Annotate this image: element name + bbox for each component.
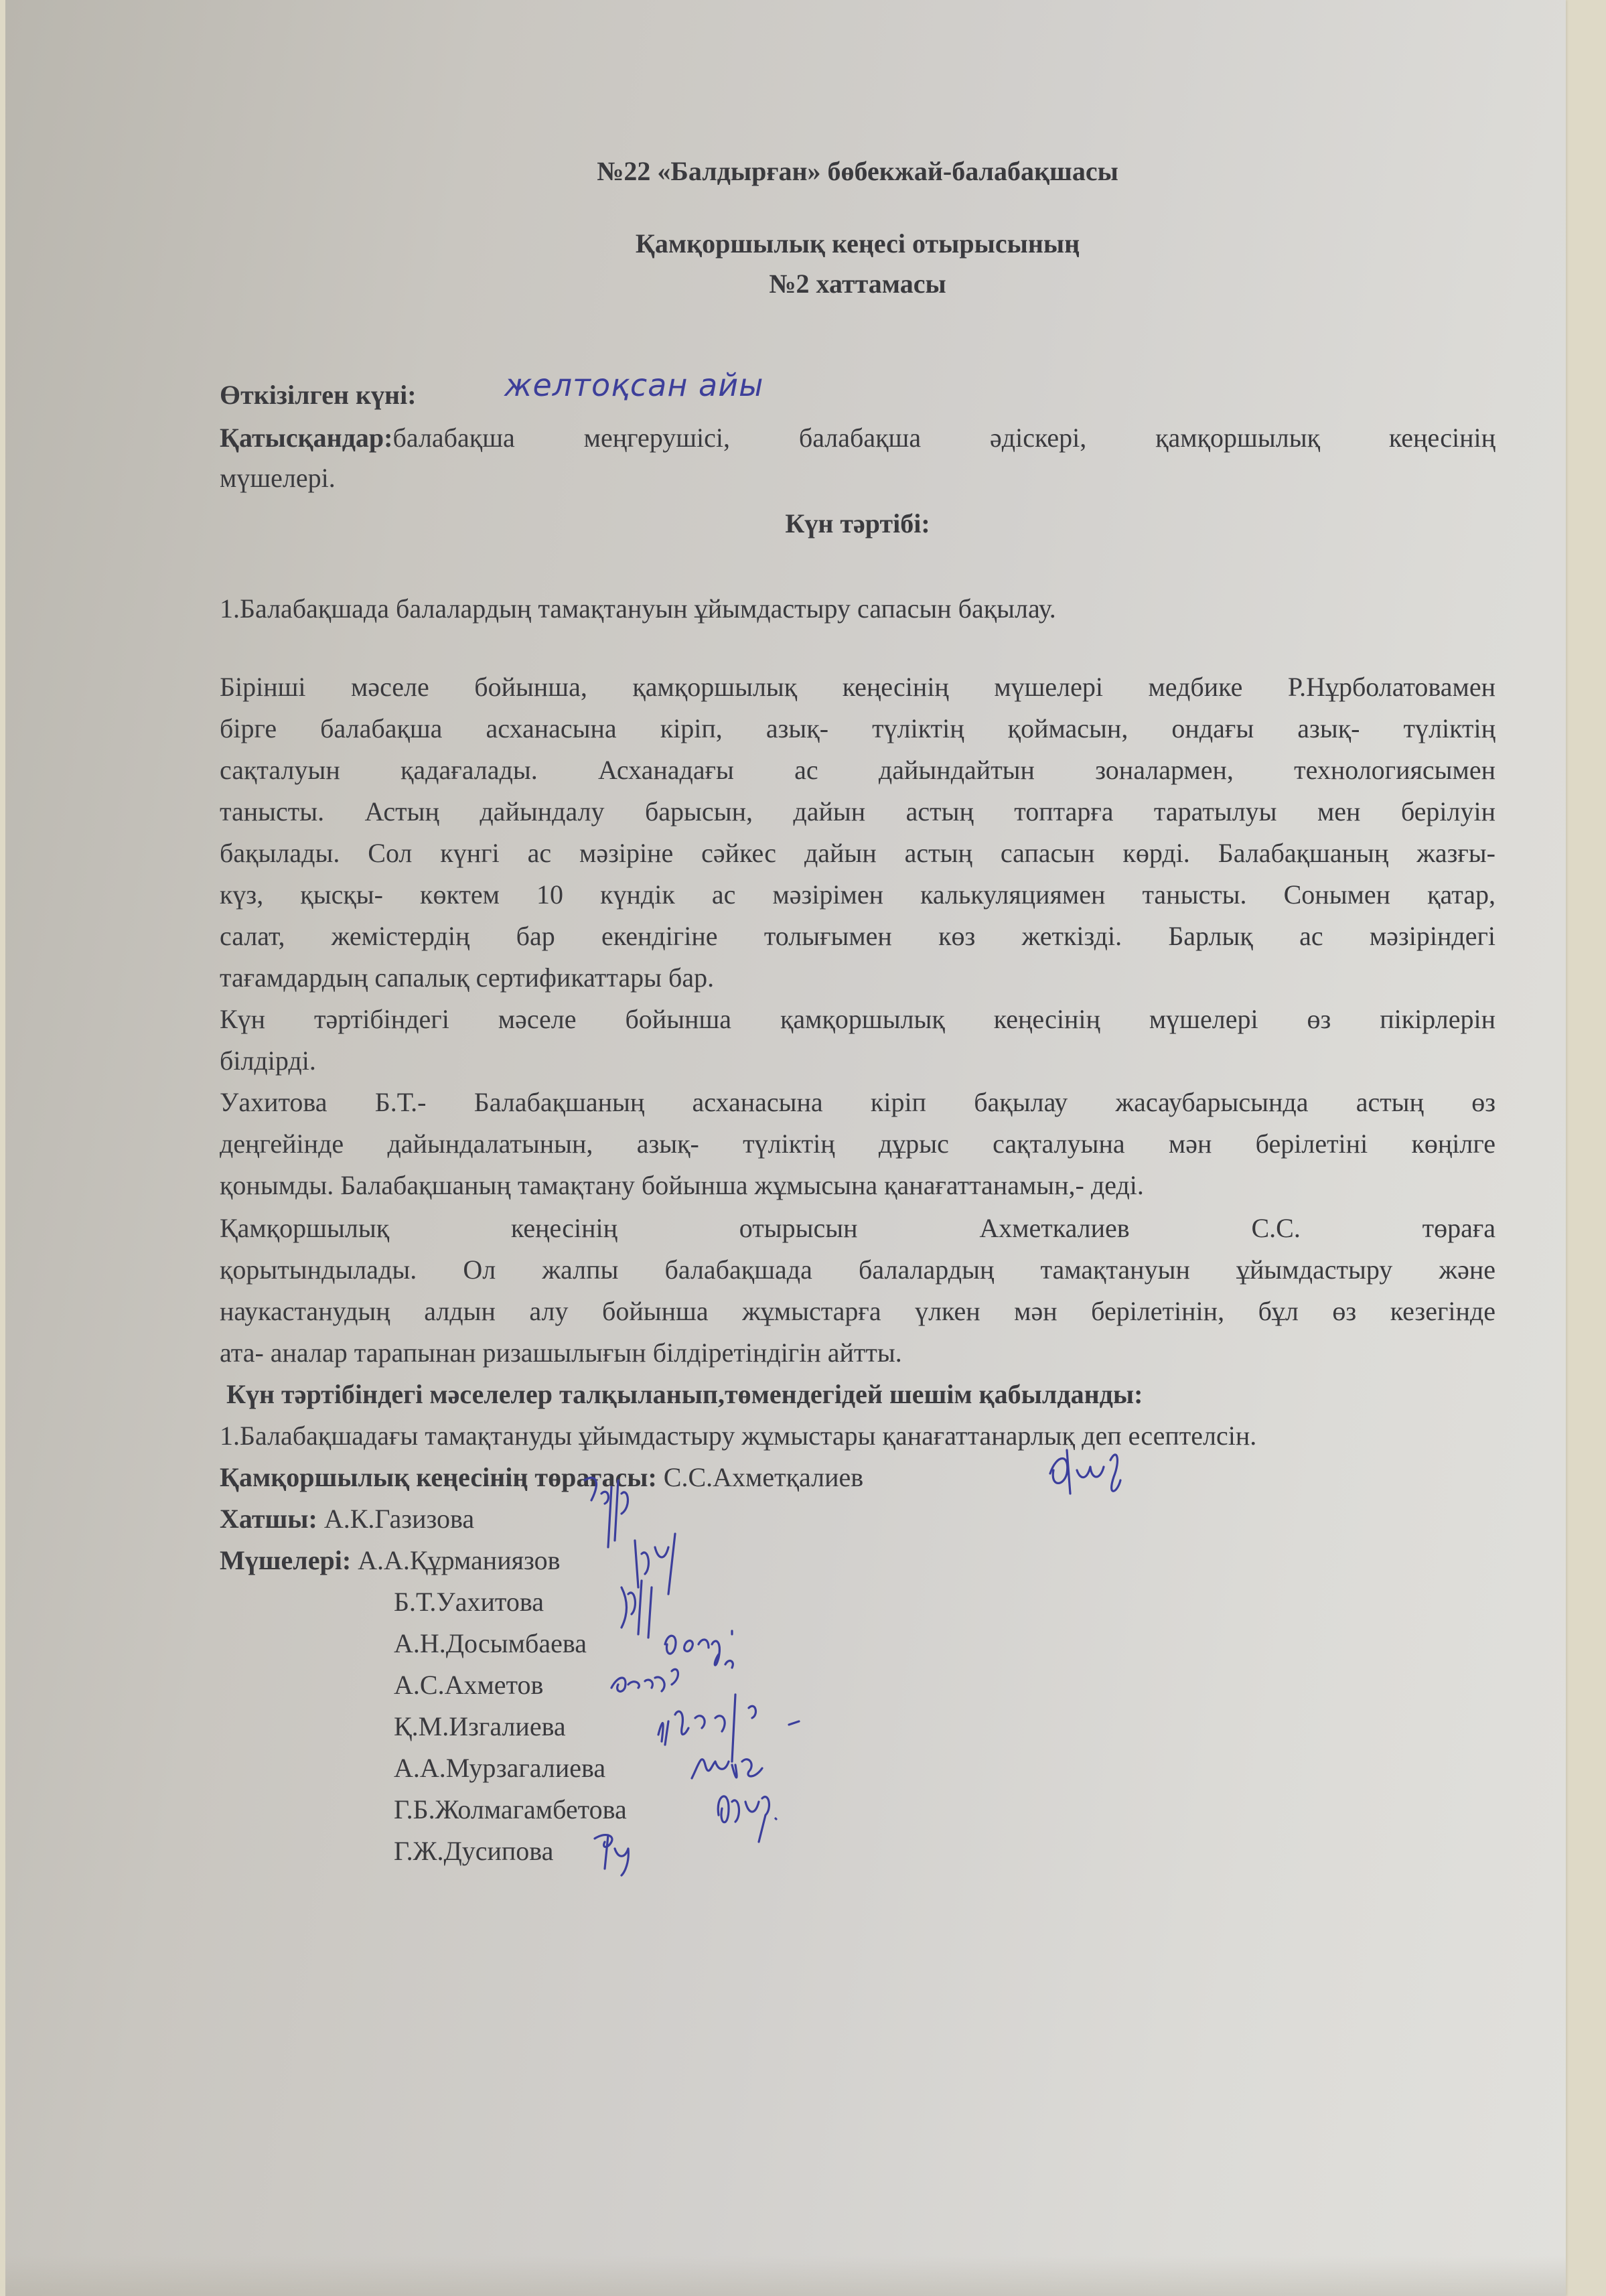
decision-heading: Күн тәртібіндегі мәселелер талқыланып,тө…	[226, 1378, 1143, 1410]
member-row: Г.Ж.Дусипова	[394, 1835, 553, 1867]
participants-line1: Қатысқандар:балабақша меңгерушісі, балаб…	[220, 422, 1495, 453]
body-line: Күн тәртібіндегі мәселе бойынша қамқоршы…	[220, 1003, 1495, 1035]
body-line: ата- аналар тарапынан ризашылығын білдір…	[220, 1337, 902, 1368]
member-name: А.А.Құрманиязов	[358, 1545, 560, 1575]
member-name: Б.Т.Уахитова	[394, 1586, 544, 1618]
body-line: наукастанудың алдын алу бойынша жұмыстар…	[220, 1295, 1495, 1327]
body-line: сақталуын қадағалады. Асханадағы ас дайы…	[220, 754, 1495, 786]
participants-label: Қатысқандар:	[220, 423, 393, 453]
body-line: Уахитова Б.Т.- Балабақшаның асханасына к…	[220, 1086, 1495, 1118]
member-name: Г.Ж.Дусипова	[394, 1836, 553, 1866]
paper-page: №22 «Балдырған» бөбекжай-балабақшасы Қам…	[5, 0, 1566, 2296]
body-line: күз, қысқы- көктем 10 күндік ас мәзіріме…	[220, 879, 1495, 910]
chair-name: С.С.Ахметқалиев	[664, 1462, 863, 1492]
member-signature-icon	[712, 1775, 799, 1852]
body-line: бірге балабақша асханасына кіріп, азық- …	[220, 713, 1495, 744]
body-line: Бірінші мәселе бойынша, қамқоршылық кеңе…	[220, 671, 1495, 703]
body-line: тағамдардың сапалық сертификаттары бар.	[220, 962, 714, 993]
body-line: салат, жемістердің бар екендігіне толығы…	[220, 920, 1495, 952]
member-name: А.А.Мурзагалиева	[394, 1752, 605, 1784]
body-line: Қамқоршылық кеңесінің отырысын Ахметкали…	[220, 1212, 1495, 1244]
agenda-item: 1.Балабақшада балалардың тамақтануын ұйы…	[220, 593, 1056, 624]
body-line: танысты. Астың дайындалу барысын, дайын …	[220, 796, 1495, 827]
body-line: деңгейінде дайындалатынын, азық- түлікті…	[220, 1128, 1495, 1159]
doc-title-line2: №2 хаттамасы	[220, 268, 1495, 299]
member-name: А.Н.Досымбаева	[394, 1628, 587, 1659]
date-row: Өткізілген күні:	[220, 379, 417, 411]
members-row: Мүшелері: А.А.Құрманиязов	[220, 1545, 560, 1576]
member-signature-icon	[591, 1825, 645, 1882]
member-name: А.С.Ахметов	[394, 1669, 543, 1701]
body-line: білдірді.	[220, 1045, 316, 1076]
date-handwritten: желтоқсан айы	[504, 367, 763, 403]
member-name: Қ.М.Изгалиева	[394, 1711, 566, 1742]
secretary-name: А.К.Газизова	[324, 1504, 474, 1534]
doc-title-line1: Қамқоршылық кеңесі отырысының	[220, 228, 1495, 259]
chair-row: Қамқоршылық кеңесінің төрағасы: С.С.Ахме…	[220, 1461, 863, 1493]
participants-text: балабақша меңгерушісі, балабақша әдіскер…	[393, 423, 1496, 453]
secretary-row: Хатшы: А.К.Газизова	[220, 1503, 474, 1534]
body-line: қорытындылады. Ол жалпы балабақшада бала…	[220, 1254, 1495, 1285]
secretary-label: Хатшы:	[220, 1504, 317, 1534]
chair-signature-icon	[1043, 1440, 1157, 1504]
body-line: қонымды. Балабақшаның тамақтану бойынша …	[220, 1169, 1144, 1201]
body-line: бақылады. Сол күнгі ас мәзіріне сәйкес д…	[220, 837, 1495, 869]
members-label: Мүшелері:	[220, 1545, 351, 1575]
member-name: Г.Б.Жолмагамбетова	[394, 1794, 627, 1825]
org-title: №22 «Балдырған» бөбекжай-балабақшасы	[220, 155, 1495, 187]
agenda-heading: Күн тәртібі:	[220, 508, 1495, 539]
participants-line2: мүшелері.	[220, 462, 336, 494]
date-label: Өткізілген күні:	[220, 380, 417, 410]
